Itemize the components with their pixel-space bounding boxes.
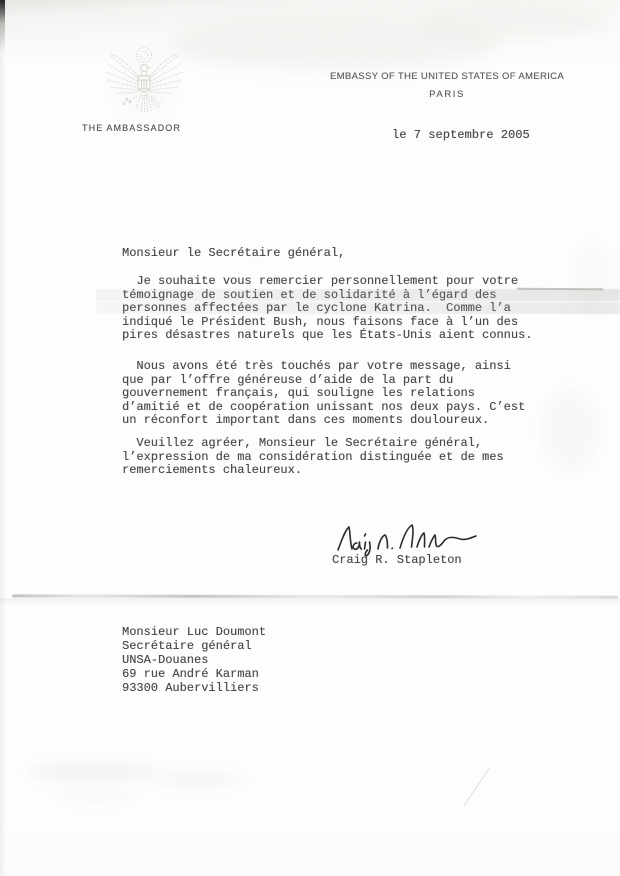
paragraph-3: Veuillez agréer, Monsieur le Secrétaire … — [122, 437, 504, 478]
scan-smudge — [540, 388, 600, 473]
scanned-letter-page: EMBASSY OF THE UNITED STATES OF AMERICA … — [0, 0, 620, 876]
us-great-seal-emboss-icon — [103, 44, 185, 130]
signature-typed-name: Craig R. Stapleton — [332, 554, 462, 568]
letterhead-embassy-line: EMBASSY OF THE UNITED STATES OF AMERICA — [302, 71, 592, 82]
scan-smudge — [58, 790, 133, 803]
eagle-seal-graphic — [103, 44, 185, 130]
recipient-address-block: Monsieur Luc Doumont Secrétaire général … — [122, 625, 266, 695]
letterhead-sender-title: THE AMBASSADOR — [82, 123, 181, 133]
scan-smudge — [575, 240, 611, 310]
scan-band-artifact — [96, 289, 620, 301]
scan-edge-shadow — [0, 0, 6, 876]
paragraph-2: Nous avons été très touchés par votre me… — [122, 360, 525, 428]
scan-smudge — [150, 772, 245, 787]
salutation: Monsieur le Secrétaire général, — [122, 247, 345, 261]
letter-date: le 7 septembre 2005 — [392, 128, 530, 142]
scan-shadow-wave — [420, 4, 610, 38]
scan-band-artifact — [96, 302, 620, 314]
fold-crease-shadow — [0, 598, 620, 607]
scan-crease-bottom-right — [463, 767, 490, 806]
letterhead-block: EMBASSY OF THE UNITED STATES OF AMERICA … — [302, 71, 592, 100]
letterhead-city: PARIS — [302, 89, 592, 100]
scan-smudge — [28, 762, 158, 782]
